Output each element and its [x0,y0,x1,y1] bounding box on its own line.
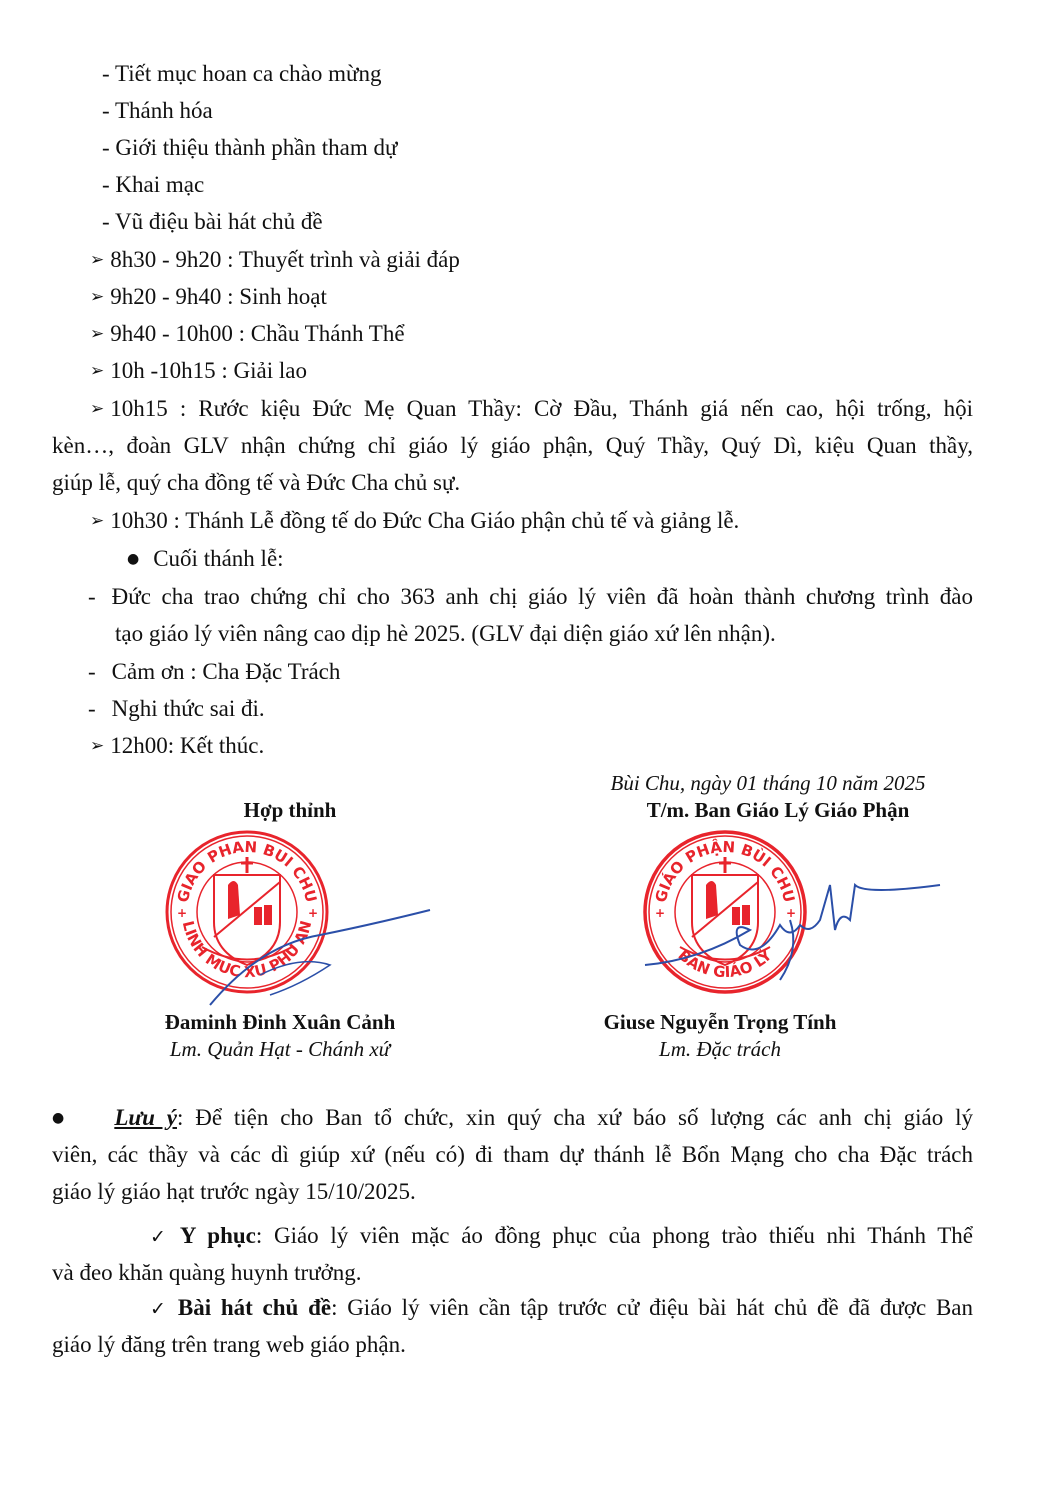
note-line: ●Lưu ý: Để tiện cho Ban tổ chức, xin quý… [52,1104,973,1135]
date-line: Bùi Chu, ngày 01 tháng 10 năm 2025 [590,769,946,797]
right-signer-heading: T/m. Ban Giáo Lý Giáo Phận [600,796,956,824]
arrow-bullet-icon: ➢ [90,399,104,419]
certificate-item: -Đức cha trao chứng chỉ cho 363 anh chị … [88,583,973,611]
sub-item: - Giới thiệu thành phần tham dự [102,134,397,162]
certificate-item-cont: tạo giáo lý viên nâng cao dịp hè 2025. (… [115,620,776,648]
thanks-item: -Cảm ơn : Cha Đặc Trách [88,658,340,686]
arrow-bullet-icon: ➢ [90,361,104,381]
left-signer-name: Đaminh Đinh Xuân Cảnh [140,1008,420,1036]
end-of-mass-label: ●Cuối thánh lễ: [127,545,284,576]
note-label: Lưu ý [114,1105,177,1130]
right-signer-name: Giuse Nguyễn Trọng Tính [570,1008,870,1036]
procession-line: ➢10h15 : Rước kiệu Đức Mẹ Quan Thầy: Cờ … [90,395,973,425]
closing-item: ➢12h00: Kết thúc. [90,732,264,762]
left-signature-stroke [200,905,440,1015]
arrow-bullet-icon: ➢ [90,736,104,756]
left-signer-heading: Hợp thỉnh [190,796,390,824]
checkmark-icon: ✓ [150,1298,170,1320]
checkmark-icon: ✓ [150,1226,172,1248]
left-signer-title: Lm. Quản Hạt - Chánh xứ [140,1035,420,1063]
schedule-item: ➢9h20 - 9h40 : Sinh hoạt [90,283,327,313]
bullet-dot-icon: ● [127,551,139,567]
note-line: giáo lý giáo hạt trước ngày 15/10/2025. [52,1178,416,1206]
dismissal-item: -Nghi thức sai đi. [88,695,265,723]
bullet-dot-icon: ● [52,1110,70,1126]
attire-note: ✓Y phục: Giáo lý viên mặc áo đồng phục c… [150,1222,973,1251]
procession-line: kèn…, đoàn GLV nhận chứng chỉ giáo lý gi… [52,432,973,460]
right-signature-stroke [640,880,960,990]
schedule-text: 8h30 - 9h20 : Thuyết trình và giải đáp [110,247,460,272]
arrow-bullet-icon: ➢ [90,250,104,270]
note-line: viên, các thầy và các dì giúp xứ (nếu có… [52,1141,973,1169]
sub-item: - Vũ điệu bài hát chủ đề [102,208,323,236]
schedule-item: ➢8h30 - 9h20 : Thuyết trình và giải đáp [90,246,460,276]
song-note-cont: giáo lý đăng trên trang web giáo phận. [52,1331,406,1359]
schedule-text: 9h20 - 9h40 : Sinh hoạt [110,284,327,309]
song-note: ✓Bài hát chủ đề: Giáo lý viên cần tập tr… [150,1294,973,1323]
svg-text:+: + [177,906,187,920]
sub-item: - Khai mạc [102,171,204,199]
schedule-text: 9h40 - 10h00 : Chầu Thánh Thể [110,321,404,346]
procession-line: giúp lễ, quý cha đồng tế và Đức Cha chủ … [52,469,460,497]
arrow-bullet-icon: ➢ [90,511,104,531]
schedule-item: ➢10h -10h15 : Giải lao [90,357,307,387]
sub-item: - Thánh hóa [102,97,213,125]
schedule-item: ➢9h40 - 10h00 : Chầu Thánh Thể [90,320,405,350]
schedule-text: 10h -10h15 : Giải lao [110,358,307,383]
right-signer-title: Lm. Đặc trách [570,1035,870,1063]
attire-note-cont: và đeo khăn quàng huynh trưởng. [52,1259,362,1287]
arrow-bullet-icon: ➢ [90,287,104,307]
sub-item: - Tiết mục hoan ca chào mừng [102,60,381,88]
mass-item: ➢10h30 : Thánh Lễ đồng tế do Đức Cha Giá… [90,507,739,537]
arrow-bullet-icon: ➢ [90,324,104,344]
